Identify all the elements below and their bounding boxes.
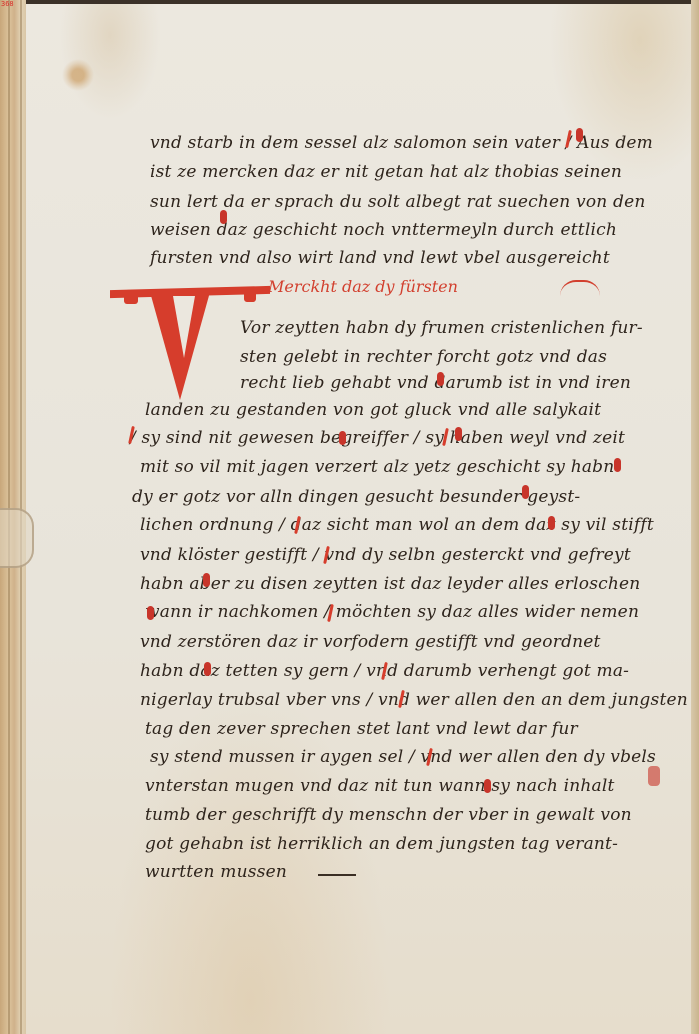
text-line: weisen daz geschicht noch vnttermeyln du… [150, 220, 617, 240]
text-line: wurtten mussen [145, 862, 287, 882]
rubrication-mark [484, 779, 491, 793]
text-line: sun lert da er sprach du solt albegt rat… [150, 192, 646, 212]
page-right-edge [691, 0, 699, 1034]
initial-letter-serif [124, 292, 138, 304]
page-top-edge [0, 0, 699, 4]
rubric-swash [560, 280, 600, 296]
rubrication-mark [614, 458, 621, 472]
rubrication-mark [339, 431, 346, 445]
red-stain [648, 766, 660, 786]
rubrication-mark [437, 372, 444, 386]
shelfmark: 368 [1, 0, 14, 8]
text-line: habn aber zu disen zeytten ist daz leyde… [140, 574, 640, 594]
text-line: / sy sind nit gewesen begreiffer / sy ha… [130, 428, 625, 448]
binding-clasp [0, 508, 34, 568]
text-line: recht lieb gehabt vnd darumb ist in vnd … [240, 373, 631, 393]
rubrication-mark [147, 606, 154, 620]
rubrication-mark [548, 516, 555, 530]
text-line: sy stend mussen ir aygen sel / vnd wer a… [150, 747, 656, 767]
text-line: tag den zever sprechen stet lant vnd lew… [145, 719, 578, 739]
initial-letter-v-counter [173, 296, 195, 358]
text-line: vnterstan mugen vnd daz nit tun wann sy … [145, 776, 615, 796]
line-filler-stroke [318, 874, 356, 876]
text-line: lichen ordnung / daz sicht man wol an de… [140, 515, 654, 535]
rubrication-mark [576, 128, 583, 142]
rubric-heading: Merckht daz dy fürsten [268, 277, 458, 296]
text-line: tumb der geschrifft dy menschn der vber … [145, 805, 632, 825]
text-line: landen zu gestanden von got gluck vnd al… [145, 400, 601, 420]
text-line: got gehabn ist herriklich an dem jungste… [145, 834, 618, 854]
rubrication-mark [203, 573, 210, 587]
text-line: fursten vnd also wirt land vnd lewt vbel… [150, 248, 610, 268]
rubrication-mark [220, 210, 227, 224]
text-line: mit so vil mit jagen verzert alz yetz ge… [140, 457, 614, 477]
rubrication-mark [455, 427, 462, 441]
text-line: nigerlay trubsal vber vns / vnd wer alle… [140, 690, 688, 710]
initial-letter-serif [244, 290, 256, 302]
rubrication-mark [204, 662, 211, 676]
text-line: vnd klöster gestifft / vnd dy selbn gest… [140, 545, 631, 565]
text-line: Vor zeytten habn dy frumen cristenlichen… [240, 318, 643, 338]
rubrication-mark [522, 485, 529, 499]
text-line: wann ir nachkomen / möchten sy daz alles… [145, 602, 639, 622]
text-line: vnd zerstören daz ir vorfodern gestifft … [140, 632, 601, 652]
manuscript-page: 368 vnd starb in dem sessel alz salomon … [0, 0, 699, 1034]
text-line: ist ze mercken daz er nit getan hat alz … [150, 162, 622, 182]
text-line: dy er gotz vor alln dingen gesucht besun… [132, 487, 580, 507]
text-line: sten gelebt in rechter forcht gotz vnd d… [240, 347, 607, 367]
